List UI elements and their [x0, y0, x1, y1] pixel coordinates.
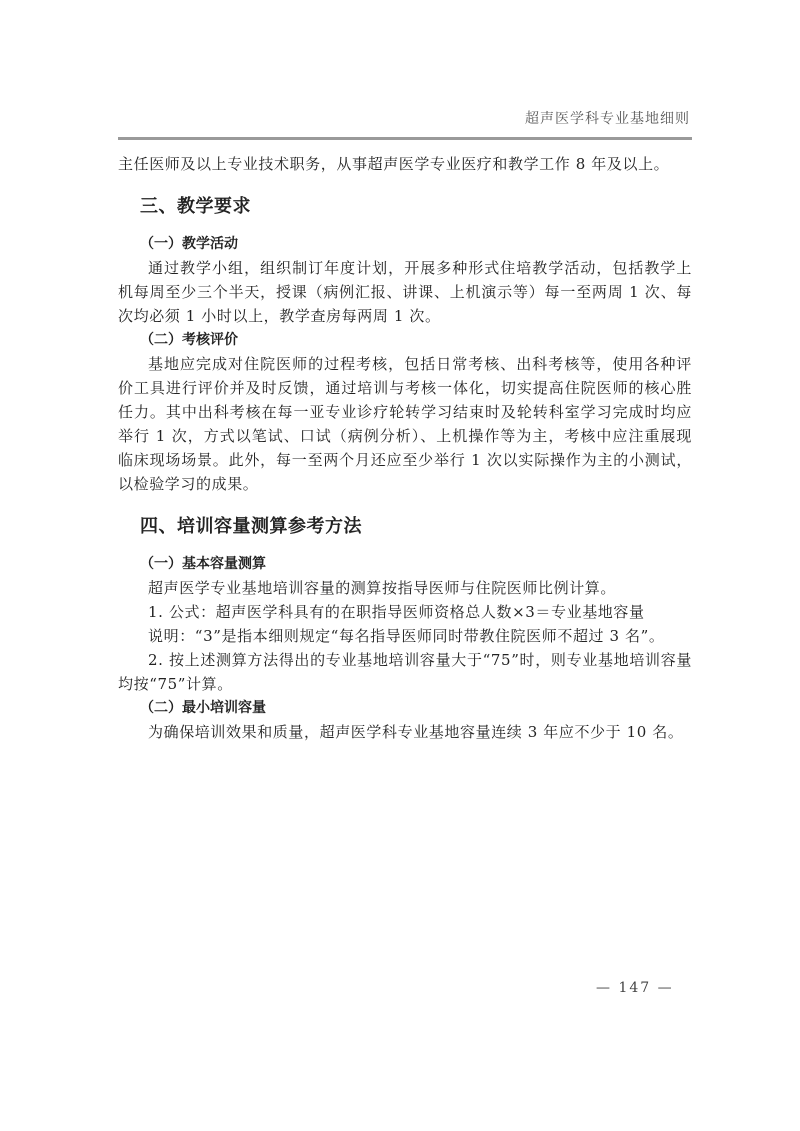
continuation-paragraph: 主任医师及以上专业技术职务，从事超声医学专业医疗和教学工作 8 年及以上。 — [118, 152, 692, 176]
capacity-cap-item: 2. 按上述测算方法得出的专业基地培训容量大于“75”时，则专业基地培训容量均按… — [118, 648, 692, 696]
page-content: 主任医师及以上专业技术职务，从事超声医学专业医疗和教学工作 8 年及以上。 三、… — [118, 152, 692, 744]
subsection-heading-assessment: （二）考核评价 — [140, 328, 692, 352]
basic-capacity-intro: 超声医学专业基地培训容量的测算按指导医师与住院医师比例计算。 — [118, 576, 692, 600]
subsection-heading-basic-capacity: （一）基本容量测算 — [140, 552, 692, 576]
formula-note: 说明：“3”是指本细则规定“每名指导医师同时带教住院医师不超过 3 名”。 — [118, 624, 692, 648]
subsection-heading-teaching-activities: （一）教学活动 — [140, 232, 692, 256]
minimum-capacity-paragraph: 为确保培训效果和质量，超声医学科专业基地容量连续 3 年应不少于 10 名。 — [118, 720, 692, 744]
section-heading-teaching-requirements: 三、教学要求 — [140, 194, 692, 220]
section-heading-capacity-method: 四、培训容量测算参考方法 — [140, 514, 692, 540]
formula-item: 1. 公式：超声医学科具有的在职指导医师资格总人数×3＝专业基地容量 — [118, 600, 692, 624]
assessment-paragraph: 基地应完成对住院医师的过程考核，包括日常考核、出科考核等，使用各种评价工具进行评… — [118, 352, 692, 496]
subsection-heading-minimum-capacity: （二）最小培训容量 — [140, 696, 692, 720]
page-number: — 147 — — [596, 980, 674, 996]
teaching-activities-paragraph: 通过教学小组，组织制订年度计划，开展多种形式住培教学活动，包括教学上机每周至少三… — [118, 256, 692, 328]
running-header: 超声医学科专业基地细则 — [525, 108, 690, 128]
header-rule — [118, 137, 692, 140]
